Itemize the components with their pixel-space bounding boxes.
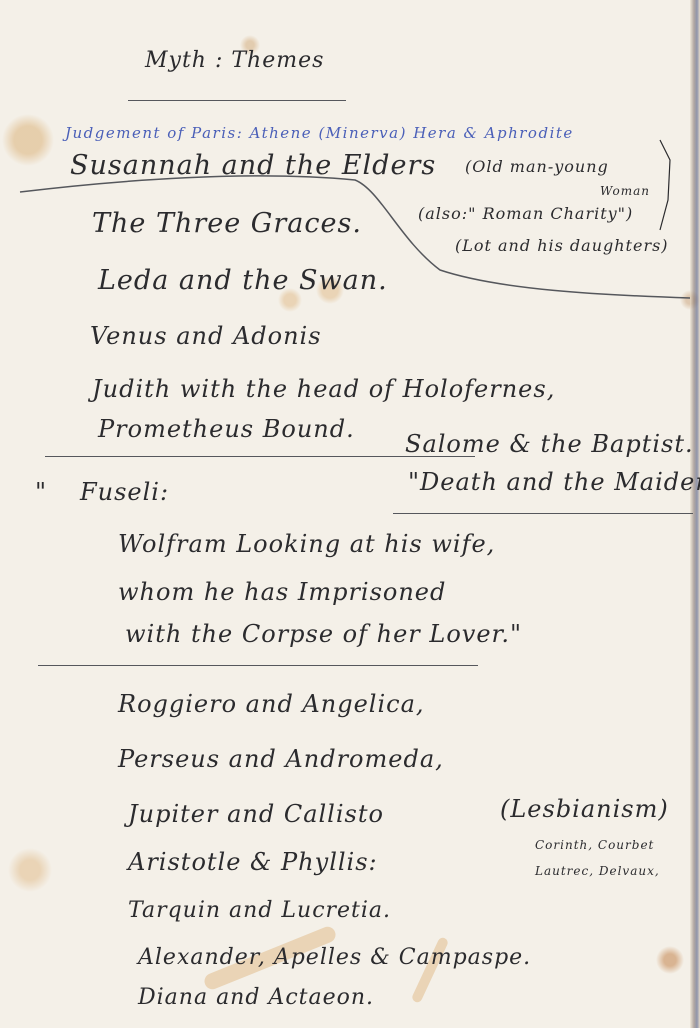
theme-item: Judith with the head of Holofernes, [92,375,555,403]
artist-names: Lautrec, Delvaux, [535,864,660,878]
theme-item: Alexander, Apelles & Campaspe. [138,945,531,970]
artist-label: Fuseli: [80,478,169,506]
theme-item: Diana and Actaeon. [138,985,374,1010]
section-divider [38,665,478,666]
description-line: whom he has Imprisoned [118,578,446,606]
theme-item: Perseus and Andromeda, [118,745,444,773]
artwork-title: "Death and the Maiden" [408,468,700,496]
theme-item: Tarquin and Lucretia. [128,898,391,923]
theme-item: Prometheus Bound. [98,415,355,443]
quote-mark: " [35,478,47,506]
description-line: with the Corpse of her Lover." [125,620,522,648]
theme-item: Jupiter and Callisto [128,800,384,828]
theme-item: Venus and Adonis [90,322,322,350]
section-divider [45,456,475,457]
theme-item: The Three Graces. [92,208,362,239]
artist-names: Corinth, Courbet [535,838,654,852]
manuscript-page: Myth : Themes Judgement of Paris: Athene… [0,0,700,1028]
description-line: Wolfram Looking at his wife, [118,530,495,558]
theme-item: Aristotle & Phyllis: [128,848,378,876]
theme-item: Leda and the Swan. [98,265,388,296]
theme-aside: (Lesbianism) [500,795,669,823]
theme-item: Salome & the Baptist. [405,430,694,458]
title-underline [393,513,693,514]
theme-item: Roggiero and Angelica, [118,690,425,718]
